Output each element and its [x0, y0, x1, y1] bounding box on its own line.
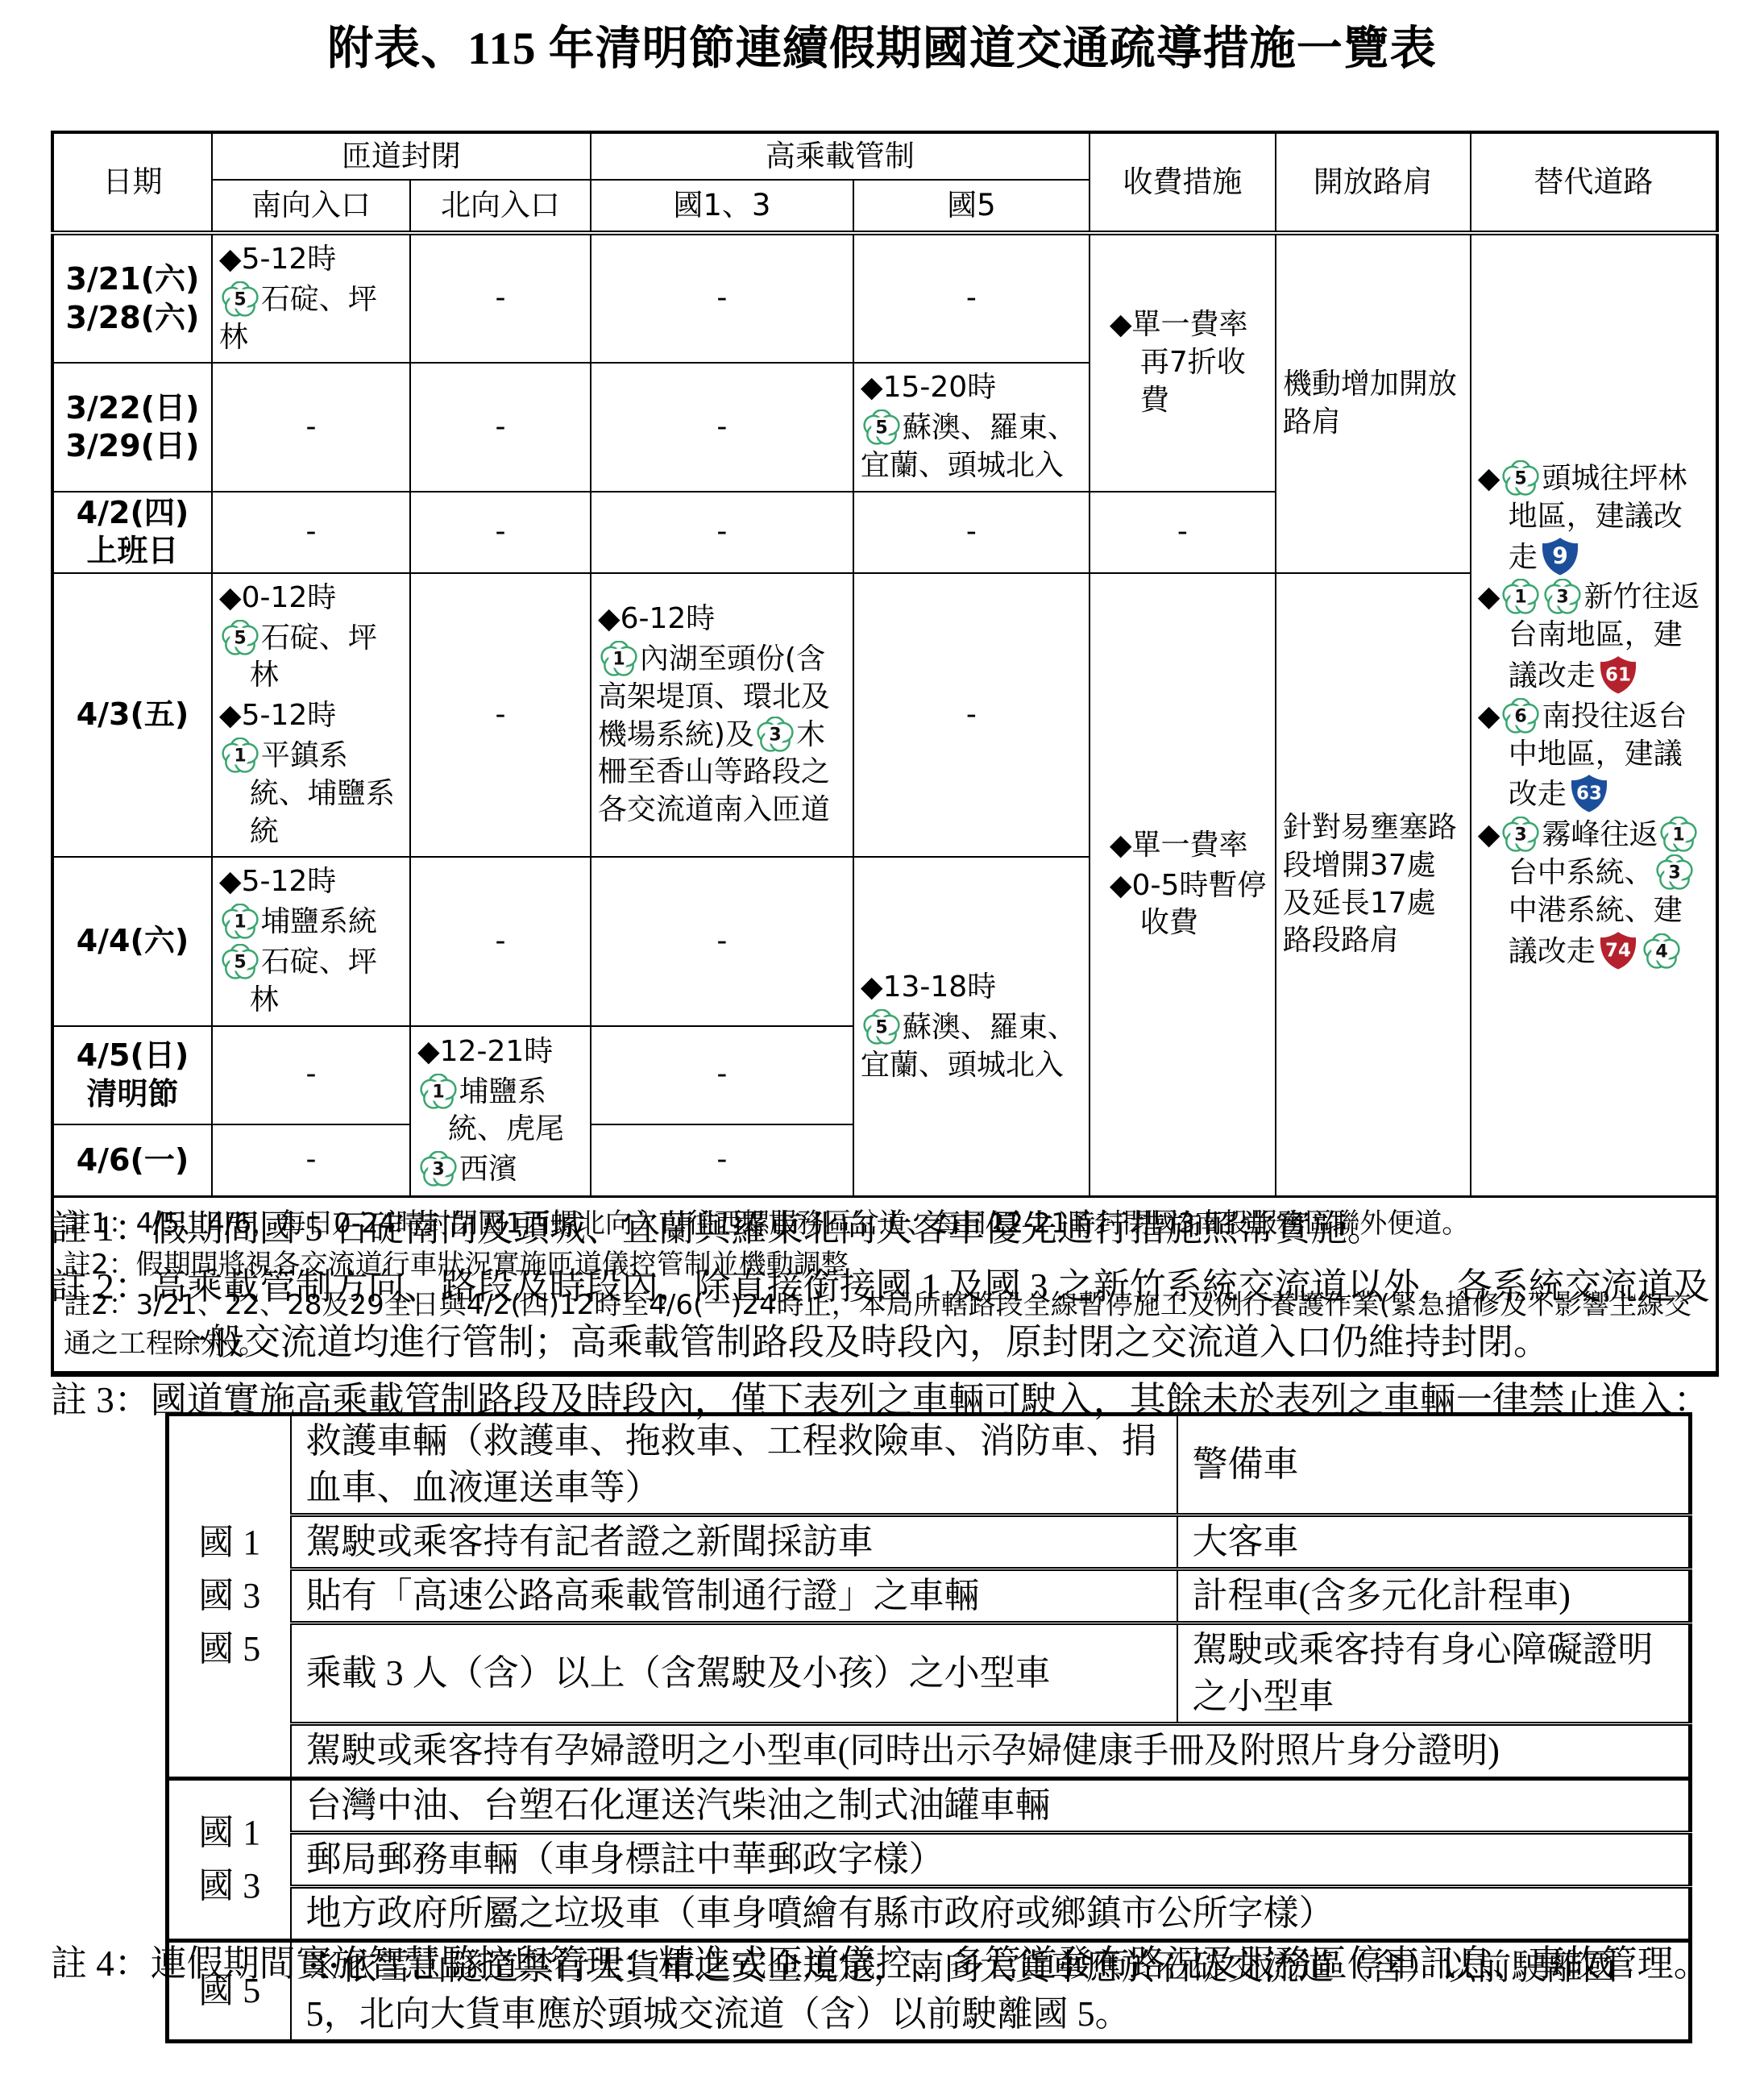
cell-south-r2: -: [212, 363, 410, 491]
svg-text:63: 63: [1576, 783, 1602, 804]
vehicle-cell: 警備車: [1177, 1415, 1691, 1515]
cell-line: ◆6南投往返台中地區，建議改走63: [1478, 698, 1709, 814]
cell-line: -: [219, 1141, 403, 1179]
cell-line: 5蘇澳、羅東、宜蘭、頭城北入: [861, 1009, 1082, 1085]
national-highway-3-shield-icon: 3: [1656, 854, 1693, 892]
cell-line: -: [417, 923, 583, 961]
svg-text:1: 1: [234, 912, 246, 933]
svg-text:5: 5: [875, 1018, 887, 1038]
footnotes-block: 註 1：假期間國 5 石碇南向及頭城、宜蘭與羅東北向大客車優先通行措施照常實施。…: [51, 1201, 1722, 1432]
cell-line: -: [417, 696, 583, 734]
svg-text:5: 5: [234, 953, 246, 973]
cell-north-r5: -: [410, 857, 591, 1025]
cell-hw5-r4: -: [853, 573, 1090, 858]
svg-text:3: 3: [432, 1160, 444, 1180]
cell-south-r1: ◆5-12時5石碇、坪林: [212, 233, 410, 363]
cell-line: -: [598, 513, 846, 551]
svg-text:1: 1: [1515, 588, 1527, 608]
cell-hw13-r2: -: [591, 363, 853, 491]
cell-south-r4: ◆0-12時5石碇、坪林◆5-12時1平鎮系統、埔鹽系統: [212, 573, 410, 858]
col-header-ramp-closure: 匝道封閉: [212, 132, 591, 180]
provincial-highway-63-shield-icon: 63: [1569, 773, 1609, 814]
cell-date-r3: 4/2(四)上班日: [52, 492, 212, 573]
cell-hw13-r5: -: [591, 857, 853, 1025]
cell-line: ◆單一費率: [1110, 827, 1268, 865]
vehicle-cell: 貼有「高速公路高乘載管制通行證」之車輛: [291, 1569, 1177, 1623]
svg-text:5: 5: [234, 628, 246, 648]
cell-toll-r3: -: [1090, 492, 1276, 573]
col-header-date: 日期: [52, 132, 212, 233]
cell-line: ◆0-5時暫停收費: [1110, 867, 1268, 943]
svg-text:4: 4: [1655, 941, 1667, 962]
svg-text:1: 1: [234, 746, 246, 767]
col-header-north-entrance: 北向入口: [410, 180, 591, 233]
cell-hw5-r5r7: ◆13-18時5蘇澳、羅東、宜蘭、頭城北入: [853, 857, 1090, 1196]
svg-text:74: 74: [1605, 940, 1631, 961]
national-highway-3-shield-icon: 3: [420, 1151, 457, 1189]
cell-line: ◆6-12時: [598, 601, 846, 638]
national-highway-3-shield-icon: 3: [757, 717, 794, 754]
col-header-hov: 高乘載管制: [591, 132, 1090, 180]
cell-north-r3: -: [410, 492, 591, 573]
scope-hw135: 國 1國 3國 5: [168, 1415, 291, 1779]
svg-text:9: 9: [1552, 542, 1568, 569]
cell-line: -: [219, 513, 403, 551]
cell-line: -: [417, 513, 583, 551]
cell-south-r3: -: [212, 492, 410, 573]
col-header-shoulder: 開放路肩: [1276, 132, 1471, 233]
cell-north-r4: -: [410, 573, 591, 858]
svg-text:3: 3: [1668, 863, 1680, 883]
provincial-highway-9-shield-icon: 9: [1540, 536, 1580, 577]
cell-line: 5蘇澳、羅東、宜蘭、頭城北入: [861, 409, 1082, 485]
cell-line: ◆13新竹往返台南地區，建議改走61: [1478, 579, 1709, 695]
cell-line: -: [598, 923, 846, 961]
svg-text:1: 1: [612, 650, 625, 670]
svg-text:3: 3: [1515, 825, 1527, 846]
vehicle-cell: 救護車輛（救護車、拖救車、工程救險車、消防車、捐血車、血液運送車等）: [291, 1415, 1177, 1515]
cell-south-r5: ◆5-12時1埔鹽系統5石碇、坪林: [212, 857, 410, 1025]
svg-text:1: 1: [1673, 825, 1685, 846]
national-highway-5-shield-icon: 5: [863, 1009, 900, 1047]
footnote-4: 註 4：連假期間實施智慧監控與管理：精進式匝道儀控、多管道發布路況及服務區停車訊…: [51, 1931, 1722, 1996]
vehicle-cell: 計程車(含多元化計程車): [1177, 1569, 1691, 1623]
footnote-1: 註 1：假期間國 5 石碇南向及頭城、宜蘭與羅東北向大客車優先通行措施照常實施。: [51, 1201, 1722, 1256]
cell-line: ◆5頭城往坪林地區，建議改走9: [1478, 460, 1709, 576]
cell-toll-r1r2: ◆單一費率再7折收費: [1090, 233, 1276, 492]
cell-line: ◆12-21時: [417, 1033, 583, 1071]
expressway-74-shield-icon: 74: [1598, 930, 1638, 971]
cell-line: -: [1097, 513, 1268, 551]
cell-hw5-r3: -: [853, 492, 1090, 573]
cell-hw13-r1: -: [591, 233, 853, 363]
cell-line: 5石碇、坪林: [219, 944, 403, 1020]
cell-line: 5石碇、坪林: [219, 281, 403, 357]
cell-south-r7: -: [212, 1124, 410, 1197]
national-highway-6-shield-icon: 6: [1502, 698, 1539, 736]
cell-line: -: [417, 409, 583, 447]
vehicle-cell: 駕駛或乘客持有記者證之新聞採訪車: [291, 1515, 1177, 1569]
cell-north-r6r7: ◆12-21時1埔鹽系統、虎尾3西濱: [410, 1026, 591, 1197]
national-highway-3-shield-icon: 3: [1502, 817, 1539, 854]
cell-hw13-r7: -: [591, 1124, 853, 1197]
scope-hw13: 國 1國 3: [168, 1778, 291, 1940]
cell-line: ◆0-12時: [219, 580, 403, 617]
national-highway-5-shield-icon: 5: [222, 281, 259, 319]
svg-text:1: 1: [432, 1082, 444, 1102]
vehicle-cell: 乘載 3 人（含）以上（含駕駛及小孩）之小型車: [291, 1623, 1177, 1724]
cell-date-r5: 4/4(六): [52, 857, 212, 1025]
cell-hw5-r2: ◆15-20時5蘇澳、羅東、宜蘭、頭城北入: [853, 363, 1090, 491]
document-page: 附表、115 年清明節連續假期國道交通疏導措施一覽表 日期 匝道封閉 高乘載管制…: [0, 0, 1764, 2074]
cell-line: 1平鎮系統、埔鹽系統: [219, 738, 403, 850]
cell-line: 3西濱: [417, 1151, 583, 1189]
cell-line: -: [219, 1056, 403, 1094]
vehicle-cell: 郵局郵務車輛（車身標註中華郵政字樣）: [291, 1832, 1691, 1886]
vehicle-cell: 台灣中油、台塑石化運送汽柴油之制式油罐車輛: [291, 1778, 1691, 1832]
cell-line: ◆13-18時: [861, 969, 1082, 1007]
cell-toll-r4r7: ◆單一費率◆0-5時暫停收費: [1090, 573, 1276, 1197]
national-highway-5-shield-icon: 5: [222, 620, 259, 658]
svg-text:5: 5: [1515, 469, 1527, 489]
national-highway-5-shield-icon: 5: [863, 409, 900, 447]
vehicle-cell: 大客車: [1177, 1515, 1691, 1569]
cell-line: ◆5-12時: [219, 697, 403, 735]
cell-line: -: [598, 1141, 846, 1179]
cell-line: -: [861, 280, 1082, 318]
cell-line: -: [861, 513, 1082, 551]
svg-text:6: 6: [1515, 706, 1527, 726]
cell-hw5-r1: -: [853, 233, 1090, 363]
national-highway-4-shield-icon: 4: [1643, 933, 1680, 971]
cell-line: ◆單一費率再7折收費: [1110, 306, 1268, 419]
col-header-alt-roads: 替代道路: [1471, 132, 1717, 233]
cell-date-r7: 4/6(一): [52, 1124, 212, 1197]
cell-north-r2: -: [410, 363, 591, 491]
cell-line: 機動增加開放路肩: [1283, 366, 1463, 442]
cell-line: -: [598, 409, 846, 447]
national-highway-1-shield-icon: 1: [420, 1074, 457, 1112]
svg-text:61: 61: [1605, 664, 1631, 685]
cell-line: ◆3霧峰往返1台中系統、3中港系統、建議改走744: [1478, 817, 1709, 970]
svg-text:3: 3: [1557, 588, 1569, 608]
national-highway-5-shield-icon: 5: [222, 944, 259, 982]
cell-line: -: [417, 280, 583, 318]
cell-date-r4: 4/3(五): [52, 573, 212, 858]
schedule-table: 日期 匝道封閉 高乘載管制 收費措施 開放路肩 替代道路 南向入口 北向入口 國…: [51, 131, 1719, 1377]
cell-south-r6: -: [212, 1026, 410, 1124]
cell-line: -: [598, 280, 846, 318]
expressway-61-shield-icon: 61: [1598, 655, 1638, 696]
footnote-2: 註 2：高乘載管制方向、路段及時段內，除直接銜接國 1 及國 3 之新竹系統交流…: [51, 1259, 1722, 1370]
cell-north-r1: -: [410, 233, 591, 363]
page-title: 附表、115 年清明節連續假期國道交通疏導措施一覽表: [0, 11, 1764, 77]
cell-line: ◆15-20時: [861, 369, 1082, 407]
cell-alt-roads: ◆5頭城往坪林地區，建議改走9◆13新竹往返台南地區，建議改走61◆6南投往返台…: [1471, 233, 1717, 1197]
national-highway-1-shield-icon: 1: [1660, 817, 1697, 854]
cell-line: -: [598, 1056, 846, 1094]
cell-date-r6: 4/5(日)清明節: [52, 1026, 212, 1124]
cell-line: -: [861, 696, 1082, 734]
national-highway-1-shield-icon: 1: [600, 641, 637, 679]
cell-line: 針對易壅塞路段增開37處及延長17處路段路肩: [1283, 809, 1463, 960]
national-highway-5-shield-icon: 5: [1502, 460, 1539, 498]
cell-line: 1埔鹽系統: [219, 904, 403, 941]
cell-line: 1埔鹽系統、虎尾: [417, 1074, 583, 1149]
col-header-hw13: 國1、3: [591, 180, 853, 233]
col-header-hw5: 國5: [853, 180, 1090, 233]
cell-shoulder-r1r3: 機動增加開放路肩: [1276, 233, 1471, 573]
col-header-south-entrance: 南向入口: [212, 180, 410, 233]
svg-text:5: 5: [234, 290, 246, 310]
cell-hw13-r4: ◆6-12時1內湖至頭份(含高架堤頂、環北及機場系統)及3木柵至香山等路段之各交…: [591, 573, 853, 858]
col-header-toll: 收費措施: [1090, 132, 1276, 233]
national-highway-1-shield-icon: 1: [222, 904, 259, 941]
cell-date-r1: 3/21(六)3/28(六): [52, 233, 212, 363]
cell-line: -: [219, 409, 403, 447]
vehicle-cell-full: 駕駛或乘客持有孕婦證明之小型車(同時出示孕婦健康手冊及附照片身分證明): [291, 1724, 1691, 1778]
cell-hw13-r3: -: [591, 492, 853, 573]
cell-line: ◆5-12時: [219, 241, 403, 279]
footnote-4-block: 註 4：連假期間實施智慧監控與管理：精進式匝道儀控、多管道發布路況及服務區停車訊…: [51, 1931, 1722, 1999]
cell-line: 5石碇、坪林: [219, 620, 403, 696]
vehicle-cell: 駕駛或乘客持有身心障礙證明之小型車: [1177, 1623, 1691, 1724]
svg-text:3: 3: [769, 725, 781, 745]
national-highway-1-shield-icon: 1: [1502, 579, 1539, 617]
cell-line: ◆5-12時: [219, 863, 403, 901]
national-highway-1-shield-icon: 1: [222, 738, 259, 775]
svg-text:5: 5: [875, 418, 887, 438]
cell-line: 1內湖至頭份(含高架堤頂、環北及機場系統)及3木柵至香山等路段之各交流道南入匝道: [598, 641, 846, 829]
cell-date-r2: 3/22(日)3/29(日): [52, 363, 212, 491]
national-highway-3-shield-icon: 3: [1544, 579, 1581, 617]
cell-shoulder-r4r7: 針對易壅塞路段增開37處及延長17處路段路肩: [1276, 573, 1471, 1197]
cell-hw13-r6: -: [591, 1026, 853, 1124]
